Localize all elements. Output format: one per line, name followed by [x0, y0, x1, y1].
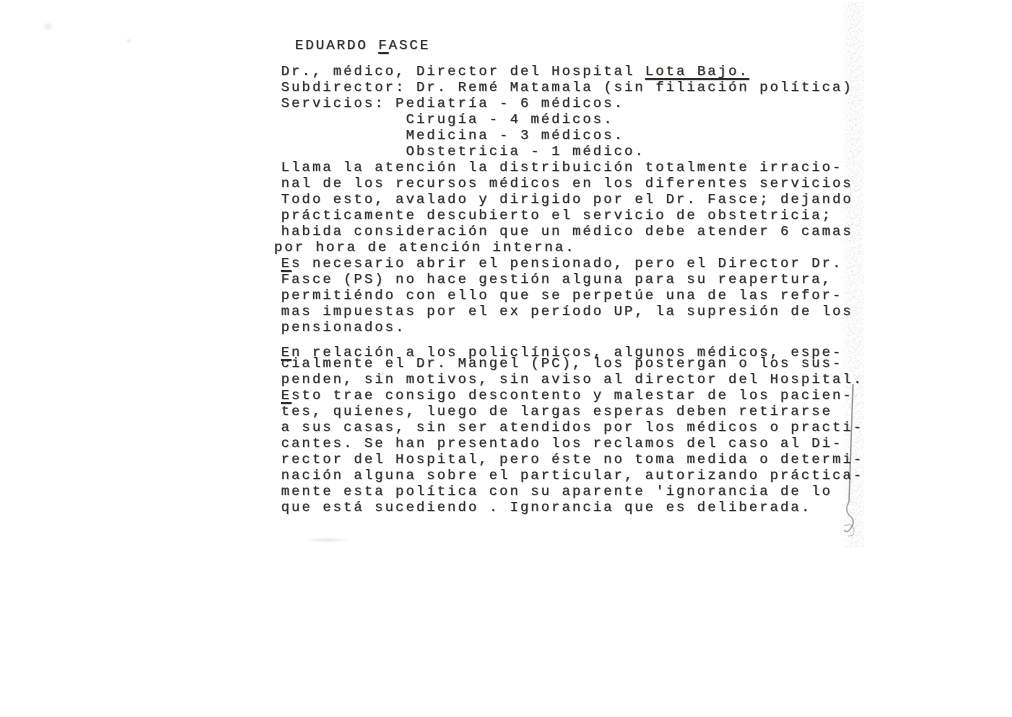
text-segment: s necesario abrir el pensionado, pero el… [291, 256, 842, 272]
text-segment: Medicina - 3 médicos. [281, 128, 624, 144]
document-line: nación alguna sobre el particular, autor… [281, 468, 863, 484]
document-line: habida consideración que un médico debe … [281, 224, 863, 240]
document-line: Fasce (PS) no hace gestión alguna para s… [281, 272, 863, 288]
text-segment: por hora de atención interna. [274, 240, 576, 256]
document-line: Cirugía - 4 médicos. [281, 112, 863, 128]
document-line: Dr., médico, Director del Hospital Lota … [281, 64, 863, 80]
document-line: mente esta política con su aparente 'ign… [281, 484, 863, 500]
document-line: Esto trae consigo descontento y malestar… [281, 388, 863, 404]
document-line: que está sucediendo . Ignorancia que es … [281, 500, 863, 516]
text-segment: permitiéndo con ello que se perpetúe una… [281, 288, 843, 304]
text-segment: Fasce (PS) no hace gestión alguna para s… [281, 272, 832, 288]
text-segment: Cirugía - 4 médicos. [281, 112, 614, 128]
document-line: Obstetricia - 1 médico. [281, 144, 863, 160]
document-line: cantes. Se han presentado los reclamos d… [281, 436, 863, 452]
document-title: EDUARDO FASCE [295, 38, 863, 54]
text-segment: nación alguna sobre el particular, autor… [281, 468, 863, 484]
document-line: por hora de atención interna. [274, 240, 863, 256]
document-line: Llama la atención la distribuición total… [281, 160, 863, 176]
text-segment: tes, quienes, luego de largas esperas de… [281, 404, 832, 420]
text-segment: Obstetricia - 1 médico. [281, 144, 645, 160]
text-segment: cialmente el Dr. Mangel (PC), los poster… [281, 356, 843, 372]
text-segment: Todo esto, avalado y dirigido por el Dr.… [281, 192, 853, 208]
text-segment: mente esta política con su aparente 'ign… [281, 484, 832, 500]
text-segment: habida consideración que un médico debe … [281, 224, 853, 240]
text-segment: EDUARDO [295, 38, 378, 54]
document-line: permitiéndo con ello que se perpetúe una… [281, 288, 863, 304]
text-segment: que está sucediendo . Ignorancia que es … [281, 500, 811, 516]
document-line: a sus casas, sin ser atendidos por los m… [281, 420, 863, 436]
text-segment: a sus casas, sin ser atendidos por los m… [281, 420, 863, 436]
text-segment: sto trae consigo descontento y malestar … [291, 388, 853, 404]
document-line: Todo esto, avalado y dirigido por el Dr.… [281, 192, 863, 208]
document-line: nal de los recursos médicos en los difer… [281, 176, 863, 192]
document-line: Medicina - 3 médicos. [281, 128, 863, 144]
text-segment: Servicios: Pediatría - 6 médicos. [281, 96, 624, 112]
underlined-text: E [281, 256, 291, 272]
document-line: rector del Hospital, pero éste no toma m… [281, 452, 863, 468]
smudge-mark [294, 536, 360, 544]
underlined-text: E [281, 388, 291, 404]
text-segment: Subdirector: Dr. Remé Matamala (sin fili… [281, 80, 853, 96]
text-segment: Llama la atención la distribuición total… [281, 160, 843, 176]
document-line: cialmente el Dr. Mangel (PC), los poster… [281, 356, 863, 372]
document-line: Subdirector: Dr. Remé Matamala (sin fili… [281, 80, 863, 96]
text-segment: penden, sin motivos, sin aviso al direct… [281, 372, 863, 388]
text-segment: cantes. Se han presentado los reclamos d… [281, 436, 843, 452]
document-line: En relación a los policlínicos, algunos … [281, 345, 863, 356]
document-text-block: EDUARDO FASCEDr., médico, Director del H… [281, 38, 863, 516]
document-line: Es necesario abrir el pensionado, pero e… [281, 256, 863, 272]
underlined-text: Lota Bajo. [645, 64, 749, 80]
document-line: pensionados. [281, 320, 863, 336]
text-segment: nal de los recursos médicos en los difer… [281, 176, 853, 192]
text-segment: prácticamente descubierto el servicio de… [281, 208, 832, 224]
document-line: prácticamente descubierto el servicio de… [281, 208, 863, 224]
text-segment: Dr., médico, Director del Hospital [281, 64, 645, 80]
document-line: Servicios: Pediatría - 6 médicos. [281, 96, 863, 112]
underlined-text: F [378, 38, 388, 54]
document-line: penden, sin motivos, sin aviso al direct… [281, 372, 863, 388]
document-line: tes, quienes, luego de largas esperas de… [281, 404, 863, 420]
text-segment: rector del Hospital, pero éste no toma m… [281, 452, 863, 468]
scanned-document-page: EDUARDO FASCEDr., médico, Director del H… [0, 0, 1012, 717]
text-segment: mas impuestas por el ex período UP, la s… [281, 304, 853, 320]
smudge-mark [123, 37, 134, 45]
text-segment: pensionados. [281, 320, 406, 336]
smudge-mark [40, 20, 56, 33]
text-segment: ASCE [389, 38, 431, 54]
document-line: mas impuestas por el ex período UP, la s… [281, 304, 863, 320]
